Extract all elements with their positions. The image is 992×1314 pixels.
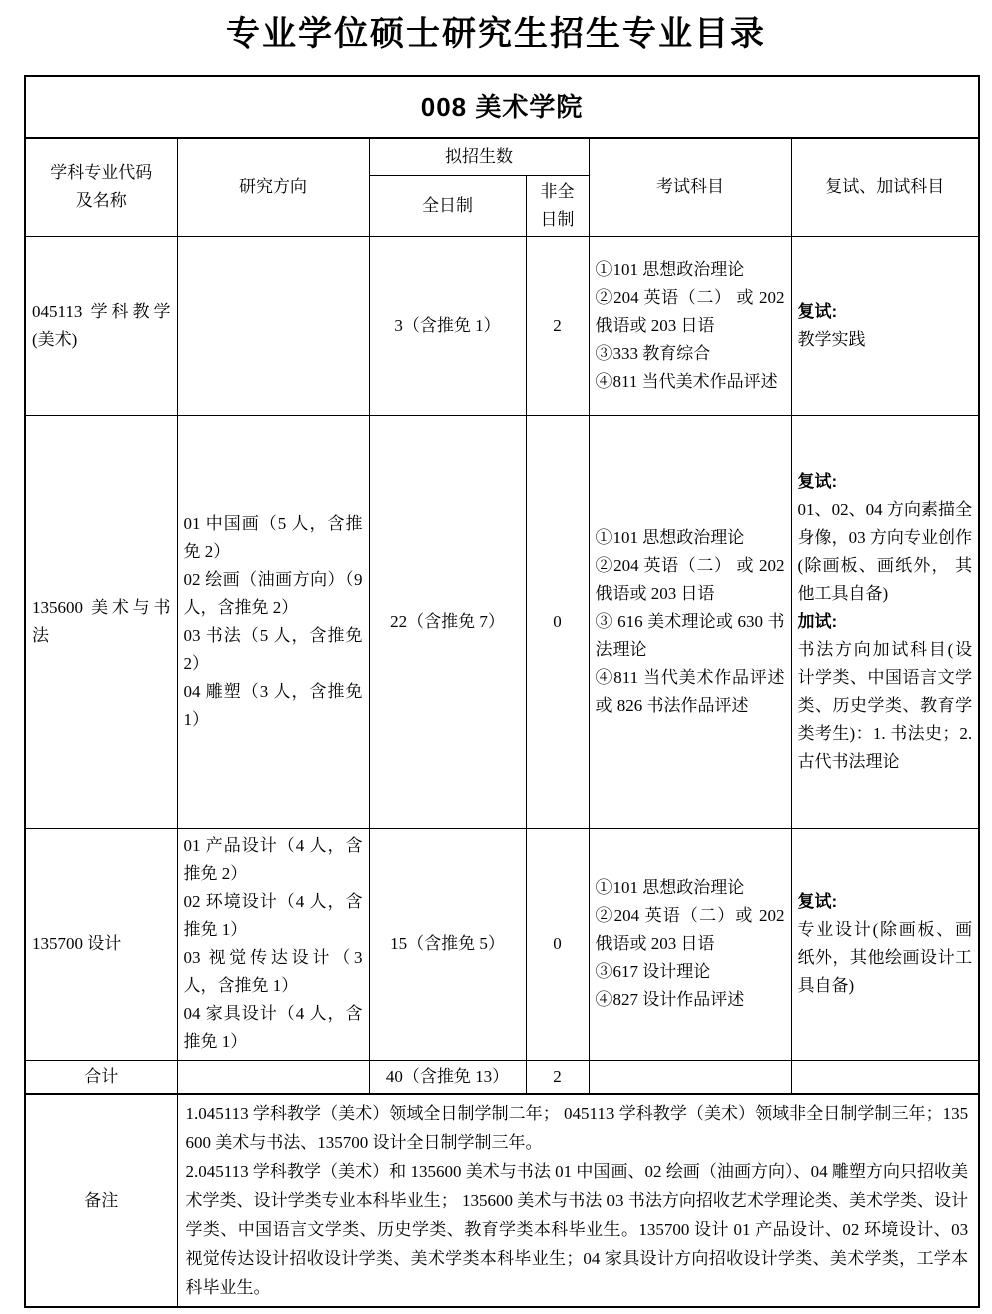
cell-retest: 复试: 01、02、04 方向素描全身像，03 方向专业创作(除画板、画纸外， … bbox=[791, 415, 979, 828]
total-exam-empty bbox=[589, 1060, 791, 1094]
exam-subject: ③617 设计理论 bbox=[596, 958, 785, 986]
retest-label: 复试: bbox=[798, 888, 973, 916]
cell-parttime-count: 0 bbox=[526, 415, 589, 828]
exam-subject: ④811 当代美术作品评述 bbox=[596, 368, 785, 396]
additional-test-content: 书法方向加试科目(设计学类、中国语言文学类、历史学类、教育学类考生)：1. 书法… bbox=[798, 636, 973, 776]
program-code-name: 045113 学科教学(美术) bbox=[32, 298, 171, 354]
direction-item: 02 绘画（油画方向）（9 人，含推免 2） bbox=[184, 566, 363, 622]
total-directions-empty bbox=[177, 1060, 369, 1094]
cell-retest: 复试: 专业设计(除画板、画纸外，其他绘画设计工具自备) bbox=[791, 828, 979, 1060]
remarks-label: 备注 bbox=[25, 1094, 177, 1307]
cell-directions bbox=[177, 236, 369, 415]
header-retest-subjects: 复试、加试科目 bbox=[791, 138, 979, 236]
retest-label: 复试: bbox=[798, 298, 973, 326]
remarks-line-2: 2.045113 学科教学（美术）和 135600 美术与书法 01 中国画、0… bbox=[186, 1157, 969, 1302]
cell-code: 135600 美术与书法 bbox=[25, 415, 177, 828]
cell-code: 135700 设计 bbox=[25, 828, 177, 1060]
exam-subject: ①101 思想政治理论 bbox=[596, 256, 785, 284]
cell-fulltime-count: 3（含推免 1） bbox=[369, 236, 526, 415]
retest-content: 教学实践 bbox=[798, 326, 973, 354]
header-parttime-line2: 日制 bbox=[533, 206, 583, 234]
header-code-name-line1: 学科专业代码 bbox=[32, 159, 171, 187]
program-code-name: 135700 设计 bbox=[32, 930, 171, 958]
exam-subject: ②204 英语（二） 或 202 俄语或 203 日语 bbox=[596, 552, 785, 608]
direction-item: 01 产品设计（4 人，含推免 2） bbox=[184, 832, 363, 888]
exam-subject: ②204 英语（二） 或 202 俄语或 203 日语 bbox=[596, 284, 785, 340]
table-row-045113: 045113 学科教学(美术) 3（含推免 1） 2 ①101 思想政治理论 ②… bbox=[25, 236, 979, 415]
exam-subject: ①101 思想政治理论 bbox=[596, 524, 785, 552]
cell-parttime-count: 0 bbox=[526, 828, 589, 1060]
remarks-row: 备注 1.045113 学科教学（美术）领域全日制学制二年； 045113 学科… bbox=[25, 1094, 979, 1307]
page-title: 专业学位硕士研究生招生专业目录 bbox=[0, 12, 992, 56]
total-retest-empty bbox=[791, 1060, 979, 1094]
cell-directions: 01 中国画（5 人，含推免 2） 02 绘画（油画方向）（9 人，含推免 2）… bbox=[177, 415, 369, 828]
table-row-135700: 135700 设计 01 产品设计（4 人，含推免 2） 02 环境设计（4 人… bbox=[25, 828, 979, 1060]
header-fulltime: 全日制 bbox=[369, 175, 526, 236]
direction-item: 02 环境设计（4 人，含推免 1） bbox=[184, 888, 363, 944]
header-row-top: 学科专业代码 及名称 研究方向 拟招生数 考试科目 复试、加试科目 bbox=[25, 138, 979, 175]
retest-content: 01、02、04 方向素描全身像，03 方向专业创作(除画板、画纸外， 其他工具… bbox=[798, 496, 973, 608]
direction-item: 03 视觉传达设计（3 人，含推免 1） bbox=[184, 944, 363, 1000]
header-parttime-line1: 非全 bbox=[533, 178, 583, 206]
exam-subject: ③333 教育综合 bbox=[596, 340, 785, 368]
cell-exam-subjects: ①101 思想政治理论 ②204 英语（二） 或 202 俄语或 203 日语 … bbox=[589, 415, 791, 828]
total-row: 合计 40（含推免 13） 2 bbox=[25, 1060, 979, 1094]
college-header: 008 美术学院 bbox=[25, 76, 979, 138]
total-fulltime-count: 40（含推免 13） bbox=[369, 1060, 526, 1094]
cell-code: 045113 学科教学(美术) bbox=[25, 236, 177, 415]
college-row: 008 美术学院 bbox=[25, 76, 979, 138]
exam-subject: ②204 英语（二）或 202 俄语或 203 日语 bbox=[596, 902, 785, 958]
cell-fulltime-count: 15（含推免 5） bbox=[369, 828, 526, 1060]
exam-subject: ①101 思想政治理论 bbox=[596, 874, 785, 902]
retest-content: 专业设计(除画板、画纸外，其他绘画设计工具自备) bbox=[798, 916, 973, 1000]
additional-test-label: 加试: bbox=[798, 608, 973, 636]
header-exam-subjects: 考试科目 bbox=[589, 138, 791, 236]
exam-subject: ④811 当代美术作品评述或 826 书法作品评述 bbox=[596, 664, 785, 720]
cell-retest: 复试: 教学实践 bbox=[791, 236, 979, 415]
cell-exam-subjects: ①101 思想政治理论 ②204 英语（二） 或 202 俄语或 203 日语 … bbox=[589, 236, 791, 415]
direction-item: 01 中国画（5 人，含推免 2） bbox=[184, 510, 363, 566]
admission-catalog-table: 008 美术学院 学科专业代码 及名称 研究方向 拟招生数 考试科目 复试、加试… bbox=[24, 75, 980, 1308]
header-code-name: 学科专业代码 及名称 bbox=[25, 138, 177, 236]
header-parttime: 非全 日制 bbox=[526, 175, 589, 236]
table-row-135600: 135600 美术与书法 01 中国画（5 人，含推免 2） 02 绘画（油画方… bbox=[25, 415, 979, 828]
header-research-direction: 研究方向 bbox=[177, 138, 369, 236]
cell-exam-subjects: ①101 思想政治理论 ②204 英语（二）或 202 俄语或 203 日语 ③… bbox=[589, 828, 791, 1060]
program-code-name: 135600 美术与书法 bbox=[32, 594, 171, 650]
exam-subject: ④827 设计作品评述 bbox=[596, 986, 785, 1014]
direction-item: 03 书法（5 人，含推免 2） bbox=[184, 622, 363, 678]
direction-item: 04 雕塑（3 人，含推免 1） bbox=[184, 678, 363, 734]
cell-directions: 01 产品设计（4 人，含推免 2） 02 环境设计（4 人，含推免 1） 03… bbox=[177, 828, 369, 1060]
header-planned-enrollment: 拟招生数 bbox=[369, 138, 589, 175]
total-parttime-count: 2 bbox=[526, 1060, 589, 1094]
page: 专业学位硕士研究生招生专业目录 008 美术学院 学科专业代码 及名称 研究方向… bbox=[0, 0, 992, 1314]
retest-label: 复试: bbox=[798, 468, 973, 496]
header-code-name-line2: 及名称 bbox=[32, 187, 171, 215]
exam-subject: ③ 616 美术理论或 630 书法理论 bbox=[596, 608, 785, 664]
direction-item: 04 家具设计（4 人，含推免 1） bbox=[184, 1000, 363, 1056]
remarks-line-1: 1.045113 学科教学（美术）领域全日制学制二年； 045113 学科教学（… bbox=[186, 1099, 969, 1157]
cell-fulltime-count: 22（含推免 7） bbox=[369, 415, 526, 828]
total-label: 合计 bbox=[25, 1060, 177, 1094]
cell-parttime-count: 2 bbox=[526, 236, 589, 415]
remarks-text: 1.045113 学科教学（美术）领域全日制学制二年； 045113 学科教学（… bbox=[177, 1094, 979, 1307]
